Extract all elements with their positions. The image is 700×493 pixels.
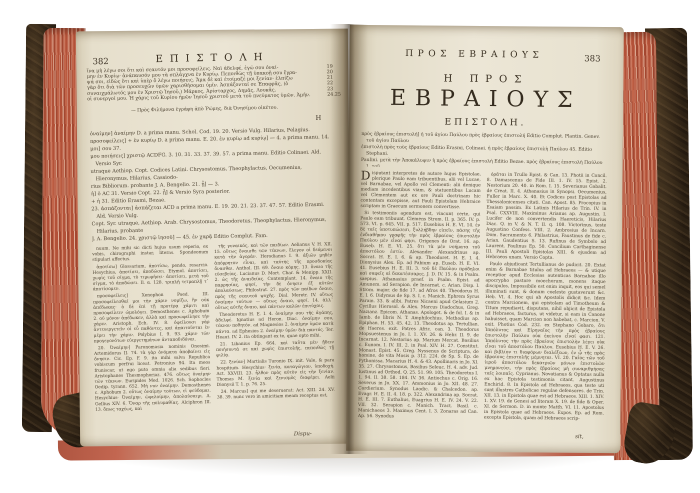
- right-page-content: ΠΡΟΣ ΕΒΡΑΙΟΥΣ 383 Η ΠΡΟΣ ΕΒΡΑΙΟΥΣ ΕΠΙΣΤΟ…: [353, 32, 616, 457]
- left-running-title: ΕΠΙΣΤΟΛΗ: [130, 51, 294, 65]
- catchword-text: Dispu-: [258, 430, 312, 438]
- text-line: 24.25: [327, 91, 341, 97]
- text-line: 20. Ὀναίμην] Paronomasia nominis Onesimi…: [94, 344, 211, 413]
- text-line: Paulo abjudicant Tertullianus de pudicit…: [484, 261, 606, 422]
- catchword-right-page: sit,: [528, 433, 584, 442]
- commentary-column-left: Disputant interpretes de autore hujus Ep…: [358, 170, 481, 429]
- text-line: 22. ξενίαν] Martialis Turonio IX. init. …: [216, 358, 335, 388]
- text-line: ἀποτίσω] Glossarium, ἀποτίσω, pendo, res…: [92, 262, 209, 292]
- commentary-column-left: nuum. Ne mihi sic dicti hujus usum reper…: [92, 244, 212, 432]
- greek-text-block: ἵνα μὴ λέγω σοι ὅτι καὶ σεαυτόν μοι προσ…: [87, 64, 326, 111]
- text-line: Disputant interpretes de autore hujus Ep…: [360, 170, 480, 210]
- text-line: Theodoretus H. E. I. 4. ὀναίμην σου τῆς …: [215, 310, 334, 340]
- left-page-number: 382: [92, 57, 108, 67]
- critical-apparatus-left-page: ὀναίμην] ἀναίμην D. a prima manu. Schol.…: [90, 126, 334, 243]
- text-line: nuum. Ne mihi sic dicti hujus usum reper…: [92, 244, 208, 263]
- hebrews-title-line1: Η ΠΡΟΣ: [398, 73, 574, 86]
- hebrews-title-line2: ΕΒΡΑΙΟΥΣ: [366, 86, 606, 114]
- verse-numbers: 192021222324.25: [327, 64, 342, 106]
- text-line: 21. Libanius Ep. 664. καὶ ταῦτα μὲν ᾔδει…: [216, 340, 334, 359]
- commentary-column-right: ὁρᾶται in Trullo Epist. & Can. 13. Photi…: [484, 172, 607, 431]
- text-line: προσοφείλεις] Xenophon Paed. III. προσοφ…: [93, 292, 210, 344]
- catchword-text: sit,: [528, 433, 584, 440]
- signature-mark: H: [316, 114, 322, 122]
- critical-apparatus-right-page: πρὸς ἑβραίους ἐπιστολή] ἡ τοῦ ἁγίου Παύλ…: [361, 130, 607, 169]
- book-photo: 382 ΕΠΙΣΤΟΛΗ ἵνα μὴ λέγω σοι ὅτι καὶ σεα…: [0, 0, 700, 493]
- left-page-content: 382 ΕΠΙΣΤΟΛΗ ἵνα μὴ λέγω σοι ὅτι καὶ σεα…: [82, 38, 346, 447]
- commentary-column-right: τῆς γυναικός, καὶ τῶν παιδίων. Aelianus …: [214, 242, 336, 430]
- right-running-title: ΠΡΟΣ ΕΒΡΑΙΟΥΣ: [386, 49, 562, 61]
- right-page-number: 383: [584, 54, 600, 64]
- text-line: 24. Marcus] qui me deseruerat: Act. XIII…: [217, 387, 335, 400]
- text-line: Paulini. μετὰ τὴν Ἀποκάλυψιν ἡ πρὸς ἑβρα…: [361, 157, 607, 170]
- hebrews-title-line3: ΕΠΙΣΤΟΛΗ.: [409, 117, 561, 129]
- text-line: ὁρᾶται in Trullo Epist. & Can. 13. Photi…: [486, 172, 607, 261]
- text-line: Si testimoniis agendum est, vincunt cert…: [358, 210, 481, 420]
- catchword-left-page: Dispu-: [258, 430, 312, 439]
- text-line: τῆς γυναικός, καὶ τῶν παιδίων. Aelianus …: [214, 242, 333, 311]
